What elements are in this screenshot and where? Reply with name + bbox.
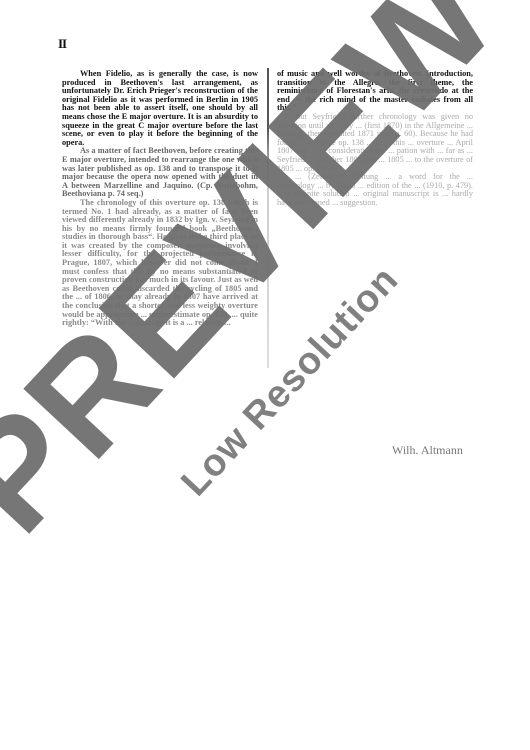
right-column: of music and well worthy of Beethoven. I… xyxy=(277,70,473,208)
left-column: When Fidelio, as is generally the case, … xyxy=(62,70,258,328)
paragraph-seyfried: But Seyfried's further chronology was gi… xyxy=(277,113,473,173)
column-divider xyxy=(267,68,269,368)
page-number: II xyxy=(58,36,66,52)
paragraph-music-worthy: of music and well worthy of Beethoven. I… xyxy=(277,70,473,113)
paragraph-chronology: The chronology of this overture op. 138 … xyxy=(62,199,258,328)
paragraph-matter-of-fact: As a matter of fact Beethoven, before cr… xyxy=(62,147,258,199)
paragraph-fidelio: When Fidelio, as is generally the case, … xyxy=(62,70,258,147)
paragraph-zeitung: ... (Zeitschrift Zeitung ... a word for … xyxy=(277,173,473,207)
author-signature: Wilh. Altmann xyxy=(392,443,463,458)
